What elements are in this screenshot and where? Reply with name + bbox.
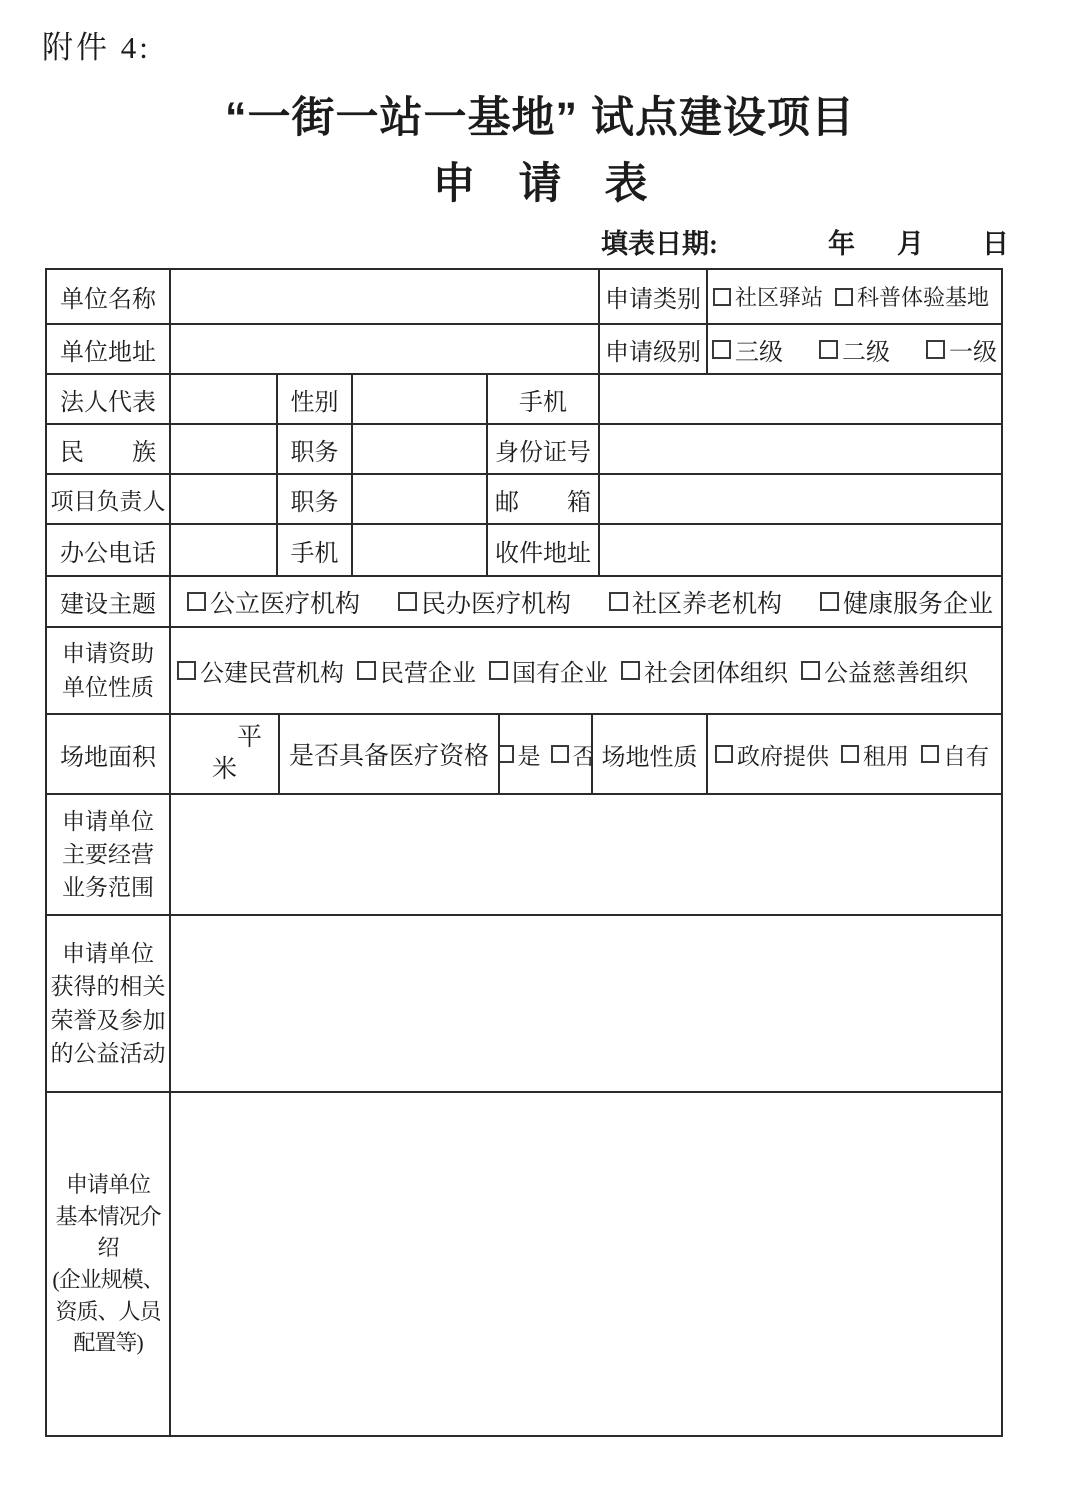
mobile2-label: 手机 xyxy=(276,525,351,575)
checkbox-icon xyxy=(489,661,508,680)
checkbox-label: 一级 xyxy=(949,332,997,367)
business-scope-input[interactable] xyxy=(169,795,1001,914)
fill-date-label: 填表日期: xyxy=(601,222,718,261)
site-nature-label: 场地性质 xyxy=(591,715,706,793)
form-title-line1: “一街一站一基地” 试点建设项目 xyxy=(0,84,1080,145)
checkbox-label: 公建民营机构 xyxy=(200,653,344,688)
checkbox-icon xyxy=(921,745,939,763)
mobile2-input[interactable] xyxy=(351,525,486,575)
checkbox-icon xyxy=(715,745,733,763)
legal-rep-label: 法人代表 xyxy=(47,375,169,423)
email-input[interactable] xyxy=(598,475,1001,523)
checkbox-option[interactable]: 科普体验基地 xyxy=(835,281,989,312)
checkbox-icon xyxy=(187,592,206,611)
checkbox-option[interactable]: 是 xyxy=(498,738,541,771)
row-funding-nature: 申请资助 单位性质 公建民营机构民营企业国有企业社会团体组织公益慈善组织 xyxy=(47,626,1001,713)
funding-nature-label: 申请资助 单位性质 xyxy=(47,628,169,713)
checkbox-label: 公立医疗机构 xyxy=(210,584,360,620)
checkbox-icon xyxy=(609,592,628,611)
checkbox-label: 科普体验基地 xyxy=(857,281,989,312)
checkbox-icon xyxy=(841,745,859,763)
site-nature-options: 政府提供租用自有 xyxy=(706,715,1001,793)
checkbox-label: 公益慈善组织 xyxy=(824,653,968,688)
unit-address-label: 单位地址 xyxy=(47,325,169,373)
checkbox-icon xyxy=(712,340,731,359)
unit-name-input[interactable] xyxy=(169,270,598,323)
honors-label: 申请单位 获得的相关 荣誉及参加 的公益活动 xyxy=(47,916,169,1091)
medical-qual-options: 是否 xyxy=(498,715,591,793)
checkbox-label: 三级 xyxy=(735,332,783,367)
checkbox-label: 二级 xyxy=(842,332,890,367)
site-area-unit-bottom: 米 xyxy=(212,754,237,787)
checkbox-label: 国有企业 xyxy=(512,653,608,688)
office-phone-label: 办公电话 xyxy=(47,525,169,575)
row-office-phone: 办公电话 手机 收件地址 xyxy=(47,523,1001,575)
email-label: 邮 箱 xyxy=(486,475,598,523)
business-scope-label: 申请单位 主要经营 业务范围 xyxy=(47,795,169,914)
date-year-label: 年 xyxy=(828,222,855,261)
row-business-scope: 申请单位 主要经营 业务范围 xyxy=(47,793,1001,914)
application-form-page: 附件 4: “一街一站一基地” 试点建设项目 申 请 表 填表日期: 年 月 日… xyxy=(0,0,1080,1504)
checkbox-option[interactable]: 社会团体组织 xyxy=(621,653,788,688)
checkbox-option[interactable]: 民营企业 xyxy=(357,653,476,688)
checkbox-icon xyxy=(551,745,569,763)
form-title-line2: 申 请 表 xyxy=(0,150,1080,211)
checkbox-icon xyxy=(177,661,196,680)
site-area-label: 场地面积 xyxy=(47,715,169,793)
honors-input[interactable] xyxy=(169,916,1001,1091)
basic-intro-input[interactable] xyxy=(169,1093,1001,1435)
unit-address-input[interactable] xyxy=(169,325,598,373)
checkbox-option[interactable]: 自有 xyxy=(921,738,989,771)
id-number-label: 身份证号 xyxy=(486,425,598,473)
checkbox-option[interactable]: 一级 xyxy=(926,332,997,367)
apply-type-label: 申请类别 xyxy=(598,270,706,323)
apply-type-options: 社区驿站科普体验基地 xyxy=(706,270,1001,323)
basic-intro-label: 申请单位 基本情况介 绍 (企业规模、 资质、人员 配置等) xyxy=(47,1093,169,1435)
row-unit-name: 单位名称 申请类别 社区驿站科普体验基地 xyxy=(47,270,1001,323)
checkbox-label: 社区驿站 xyxy=(735,281,823,312)
checkbox-label: 健康服务企业 xyxy=(843,584,993,620)
checkbox-option[interactable]: 二级 xyxy=(819,332,890,367)
mailing-address-input[interactable] xyxy=(598,525,1001,575)
checkbox-icon xyxy=(398,592,417,611)
ethnicity-input[interactable] xyxy=(169,425,276,473)
checkbox-label: 民办医疗机构 xyxy=(421,584,571,620)
checkbox-option[interactable]: 社区养老机构 xyxy=(609,584,782,620)
checkbox-icon xyxy=(926,340,945,359)
row-construction-theme: 建设主题 公立医疗机构民办医疗机构社区养老机构健康服务企业 xyxy=(47,575,1001,626)
row-project-leader: 项目负责人 职务 邮 箱 xyxy=(47,473,1001,523)
position-label: 职务 xyxy=(276,425,351,473)
construction-theme-options: 公立医疗机构民办医疗机构社区养老机构健康服务企业 xyxy=(169,577,1001,626)
apply-level-label: 申请级别 xyxy=(598,325,706,373)
checkbox-option[interactable]: 国有企业 xyxy=(489,653,608,688)
checkbox-label: 租用 xyxy=(863,738,909,771)
mobile-input[interactable] xyxy=(598,375,1001,423)
row-ethnicity: 民 族 职务 身份证号 xyxy=(47,423,1001,473)
checkbox-label: 社会团体组织 xyxy=(644,653,788,688)
gender-label: 性别 xyxy=(276,375,351,423)
row-site-area: 场地面积 平 米 是否具备医疗资格 是否 场地性质 政府提供租用自有 xyxy=(47,713,1001,793)
checkbox-option[interactable]: 公立医疗机构 xyxy=(187,584,360,620)
checkbox-label: 民营企业 xyxy=(380,653,476,688)
project-leader-label: 项目负责人 xyxy=(47,475,169,523)
date-month-label: 月 xyxy=(897,222,924,261)
checkbox-option[interactable]: 政府提供 xyxy=(715,738,829,771)
unit-name-label: 单位名称 xyxy=(47,270,169,323)
gender-input[interactable] xyxy=(351,375,486,423)
checkbox-option[interactable]: 租用 xyxy=(841,738,909,771)
checkbox-option[interactable]: 民办医疗机构 xyxy=(398,584,571,620)
construction-theme-label: 建设主题 xyxy=(47,577,169,626)
checkbox-option[interactable]: 公益慈善组织 xyxy=(801,653,968,688)
checkbox-icon xyxy=(498,745,514,763)
checkbox-option[interactable]: 三级 xyxy=(712,332,783,367)
checkbox-option[interactable]: 社区驿站 xyxy=(713,281,823,312)
checkbox-label: 否 xyxy=(573,738,592,771)
row-legal-rep: 法人代表 性别 手机 xyxy=(47,373,1001,423)
position2-label: 职务 xyxy=(276,475,351,523)
checkbox-label: 自有 xyxy=(943,738,989,771)
funding-nature-options: 公建民营机构民营企业国有企业社会团体组织公益慈善组织 xyxy=(169,628,1001,713)
checkbox-option[interactable]: 健康服务企业 xyxy=(820,584,993,620)
position-input[interactable] xyxy=(351,425,486,473)
checkbox-option[interactable]: 否 xyxy=(551,738,592,771)
site-area-input[interactable]: 平 米 xyxy=(169,715,278,793)
checkbox-option[interactable]: 公建民营机构 xyxy=(177,653,344,688)
attachment-label: 附件 4: xyxy=(42,22,151,67)
medical-qual-label: 是否具备医疗资格 xyxy=(278,715,498,793)
checkbox-icon xyxy=(820,592,839,611)
checkbox-label: 政府提供 xyxy=(737,738,829,771)
mailing-address-label: 收件地址 xyxy=(486,525,598,575)
id-number-input[interactable] xyxy=(598,425,1001,473)
checkbox-label: 社区养老机构 xyxy=(632,584,782,620)
ethnicity-label: 民 族 xyxy=(47,425,169,473)
date-day-label: 日 xyxy=(982,222,1009,261)
row-honors: 申请单位 获得的相关 荣誉及参加 的公益活动 xyxy=(47,914,1001,1091)
legal-rep-input[interactable] xyxy=(169,375,276,423)
checkbox-icon xyxy=(357,661,376,680)
checkbox-icon xyxy=(621,661,640,680)
project-leader-input[interactable] xyxy=(169,475,276,523)
row-unit-address: 单位地址 申请级别 三级二级一级 xyxy=(47,323,1001,373)
site-area-unit-top: 平 xyxy=(237,722,278,755)
checkbox-icon xyxy=(835,288,853,306)
checkbox-icon xyxy=(713,288,731,306)
checkbox-label: 是 xyxy=(518,738,541,771)
form-table: 单位名称 申请类别 社区驿站科普体验基地 单位地址 申请级别 三级二级一级 法人… xyxy=(45,268,1003,1437)
checkbox-icon xyxy=(819,340,838,359)
row-basic-intro: 申请单位 基本情况介 绍 (企业规模、 资质、人员 配置等) xyxy=(47,1091,1001,1435)
apply-level-options: 三级二级一级 xyxy=(706,325,1001,373)
checkbox-icon xyxy=(801,661,820,680)
position2-input[interactable] xyxy=(351,475,486,523)
office-phone-input[interactable] xyxy=(169,525,276,575)
mobile-label: 手机 xyxy=(486,375,598,423)
